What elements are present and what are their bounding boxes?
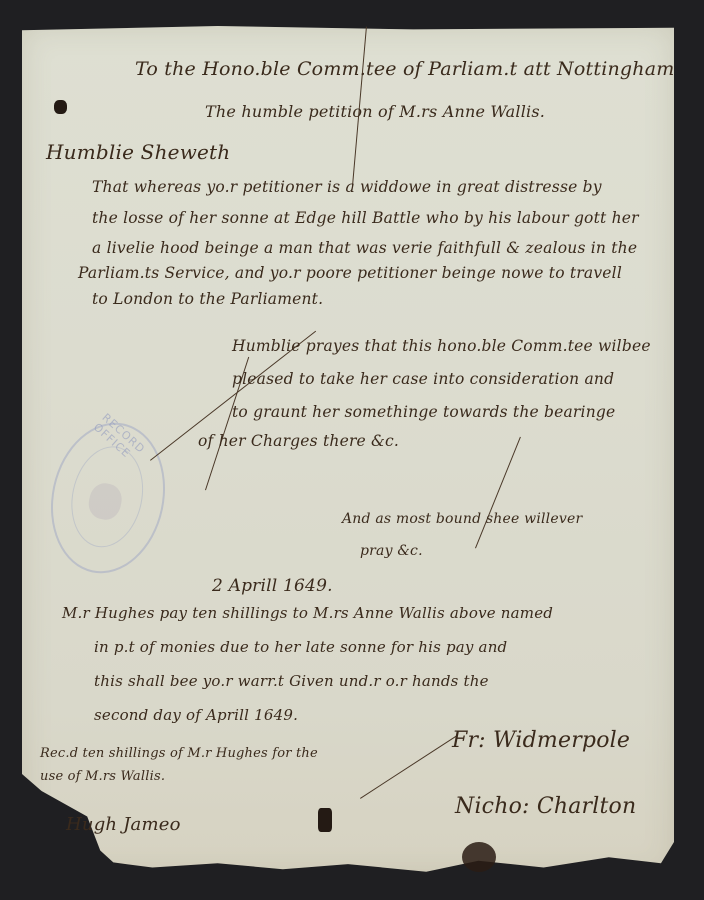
order-line: this shall bee yo.r warr.t Given und.r o…: [94, 674, 489, 689]
body-line: That whereas yo.r petitioner is a widdow…: [92, 180, 602, 196]
petition-date: 2 Aprill 1649.: [212, 578, 333, 595]
salutation: Humblie Sheweth: [46, 142, 230, 162]
closing-line: And as most bound shee willever: [342, 512, 582, 526]
petition-address: To the Hono.ble Comm.tee of Parliam.t at…: [135, 60, 674, 79]
body-line: a livelie hood beinge a man that was ver…: [92, 241, 637, 257]
petition-subtitle: The humble petition of M.rs Anne Wallis.: [205, 104, 545, 120]
prayer-line: to graunt her somethinge towards the bea…: [232, 405, 615, 421]
receipt-line: use of M.rs Wallis.: [40, 770, 165, 783]
signature-charlton: Nicho: Charlton: [455, 796, 636, 818]
ink-stain-bottom: [462, 842, 496, 872]
body-line: to London to the Parliament.: [92, 292, 323, 308]
receipt-signature: Hugh Jameo: [66, 816, 181, 834]
body-line: Parliam.ts Service, and yo.r poore petit…: [78, 266, 622, 282]
prayer-line: of her Charges there &c.: [198, 434, 399, 450]
order-line: M.r Hughes pay ten shillings to M.rs Ann…: [62, 606, 553, 621]
closing-line: pray &c.: [360, 544, 423, 558]
order-line: in p.t of monies due to her late sonne f…: [94, 640, 507, 655]
prayer-line: Humblie prayes that this hono.ble Comm.t…: [232, 339, 651, 355]
signature-widmerpole: Fr: Widmerpole: [452, 730, 630, 752]
body-line: the losse of her sonne at Edge hill Batt…: [92, 211, 639, 227]
ink-blot-seal: [318, 808, 332, 832]
order-line: second day of Aprill 1649.: [94, 708, 298, 723]
prayer-line: pleased to take her case into considerat…: [232, 372, 614, 388]
ink-blot-top-left: [54, 100, 67, 114]
receipt-line: Rec.d ten shillings of M.r Hughes for th…: [40, 747, 318, 760]
